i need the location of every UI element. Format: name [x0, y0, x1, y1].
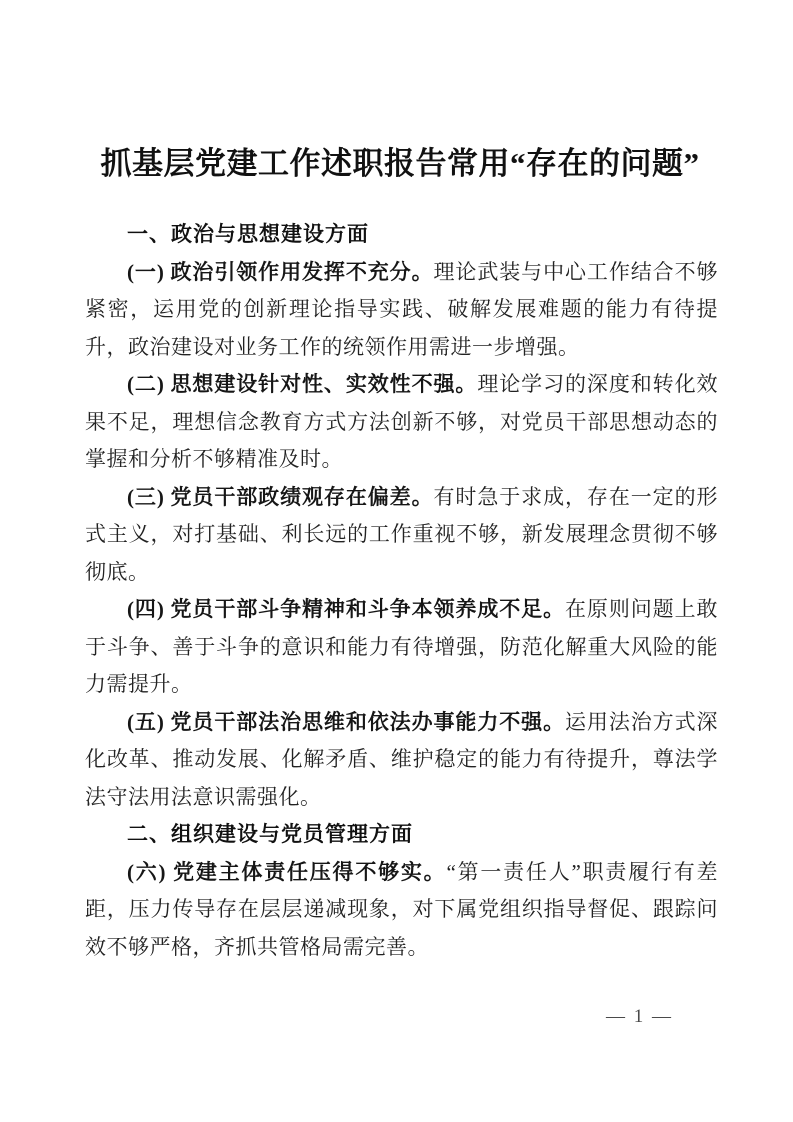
paragraph-6-lead: (六) 党建主体责任压得不够实。 — [127, 860, 446, 884]
paragraph-1-lead: (一) 政治引领作用发挥不充分。 — [127, 260, 434, 284]
paragraph-4-lead: (四) 党员干部斗争精神和斗争本领养成不足。 — [127, 597, 565, 621]
paragraph-1: (一) 政治引领作用发挥不充分。理论武装与中心工作结合不够紧密，运用党的创新理论… — [85, 254, 718, 367]
paragraph-6: (六) 党建主体责任压得不够实。“第一责任人”职责履行有差距，压力传导存在层层递… — [85, 854, 718, 967]
document-title: 抓基层党建工作述职报告常用“存在的问题” — [80, 140, 720, 188]
paragraph-3-lead: (三) 党员干部政绩观存在偏差。 — [127, 485, 434, 509]
page-number: — 1 — — [85, 1006, 718, 1028]
document-page: 抓基层党建工作述职报告常用“存在的问题” 一、政治与思想建设方面 (一) 政治引… — [0, 0, 793, 1122]
paragraph-2-lead: (二) 思想建设针对性、实效性不强。 — [127, 372, 477, 396]
section-heading-1: 一、政治与思想建设方面 — [85, 216, 718, 254]
paragraph-2: (二) 思想建设针对性、实效性不强。理论学习的深度和转化效果不足，理想信念教育方… — [85, 366, 718, 479]
paragraph-5-lead: (五) 党员干部法治思维和依法办事能力不强。 — [127, 710, 565, 734]
section-heading-2: 二、组织建设与党员管理方面 — [85, 816, 718, 854]
document-body: 一、政治与思想建设方面 (一) 政治引领作用发挥不充分。理论武装与中心工作结合不… — [85, 216, 718, 966]
paragraph-4: (四) 党员干部斗争精神和斗争本领养成不足。在原则问题上敢于斗争、善于斗争的意识… — [85, 591, 718, 704]
paragraph-5: (五) 党员干部法治思维和依法办事能力不强。运用法治方式深化改革、推动发展、化解… — [85, 704, 718, 817]
paragraph-3: (三) 党员干部政绩观存在偏差。有时急于求成，存在一定的形式主义，对打基础、利长… — [85, 479, 718, 592]
